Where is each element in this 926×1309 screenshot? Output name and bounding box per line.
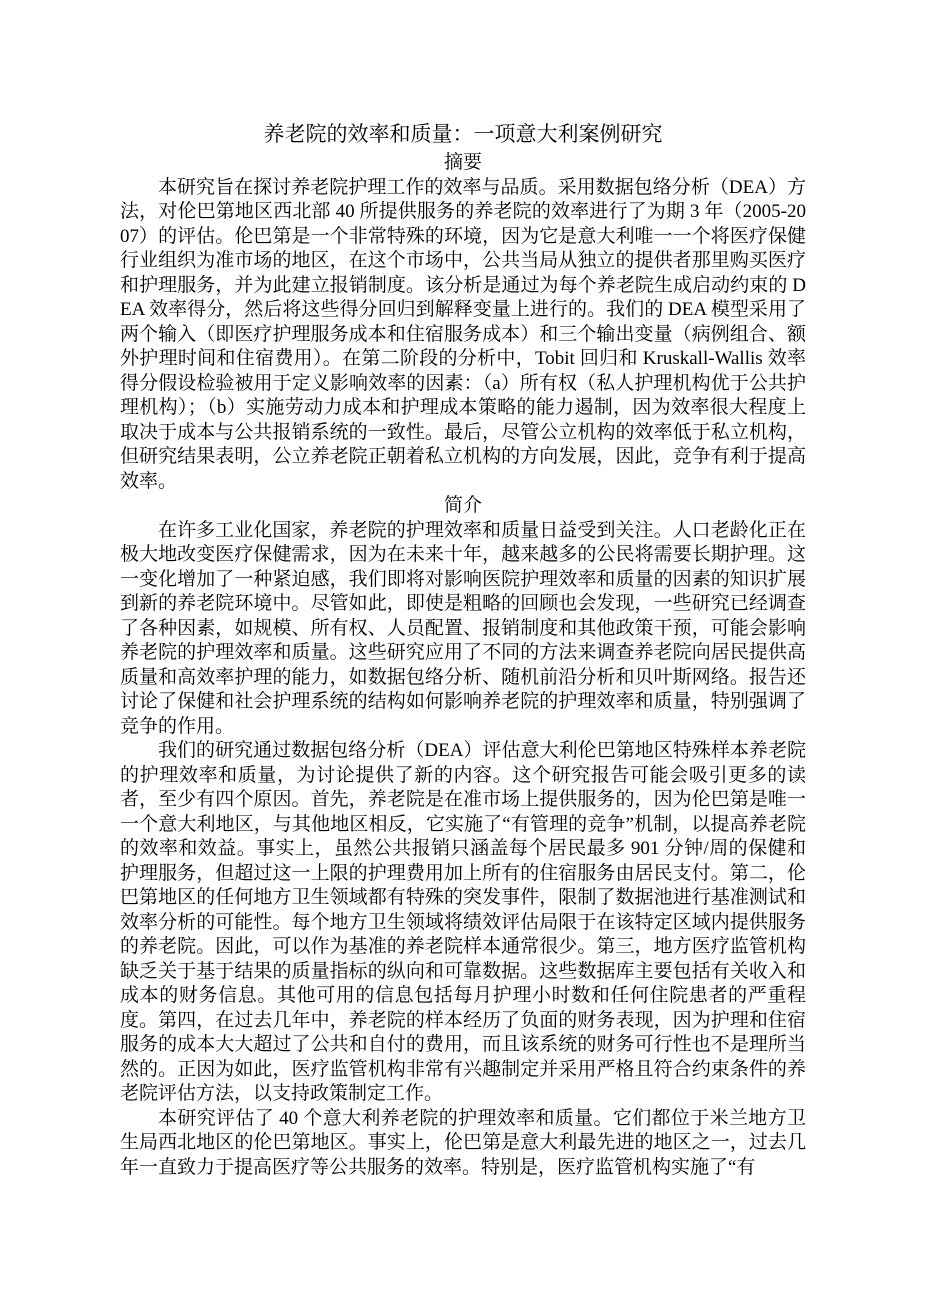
abstract-heading: 摘要 <box>120 151 806 176</box>
introduction-heading: 简介 <box>120 494 806 519</box>
introduction-paragraph-3: 本研究评估了 40 个意大利养老院的护理效率和质量。它们都位于米兰地方卫生局西北… <box>120 1107 806 1181</box>
abstract-paragraph: 本研究旨在探讨养老院护理工作的效率与品质。采用数据包络分析（DEA）方法，对伦巴… <box>120 176 806 495</box>
document-title: 养老院的效率和质量：一项意大利案例研究 <box>120 118 806 151</box>
introduction-paragraph-2: 我们的研究通过数据包络分析（DEA）评估意大利伦巴第地区特殊样本养老院的护理效率… <box>120 739 806 1107</box>
document-page: 养老院的效率和质量：一项意大利案例研究 摘要 本研究旨在探讨养老院护理工作的效率… <box>0 0 926 1309</box>
introduction-paragraph-1: 在许多工业化国家，养老院的护理效率和质量日益受到关注。人口老龄化正在极大地改变医… <box>120 519 806 740</box>
